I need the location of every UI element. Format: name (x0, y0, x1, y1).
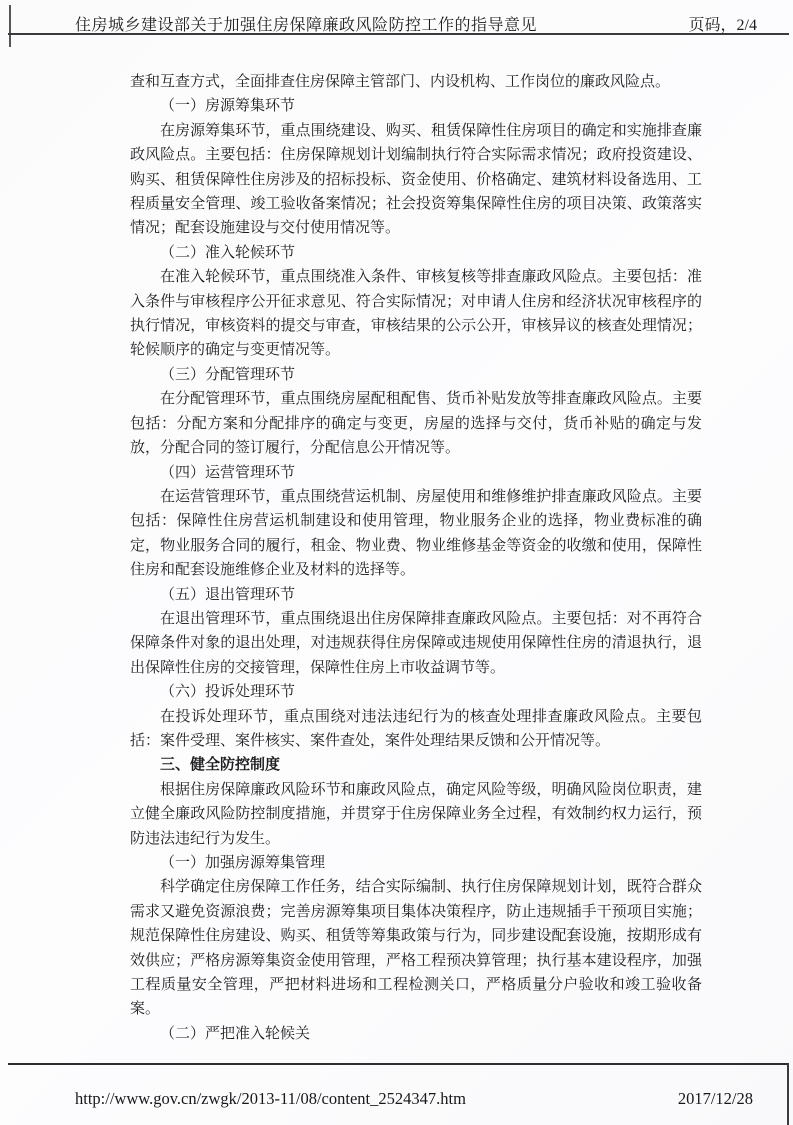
body-paragraph: 在运营管理环节，重点围绕营运机制、房屋使用和维修维护排查廉政风险点。主要包括：保… (130, 485, 702, 583)
section-heading: （三）分配管理环节 (130, 363, 702, 387)
body-paragraph: 根据住房保障廉政风险环节和廉政风险点，确定风险等级，明确风险岗位职责，建立健全廉… (130, 778, 702, 851)
page-header: 住房城乡建设部关于加强住房保障廉政风险防控工作的指导意见 页码，2/4 (75, 12, 757, 35)
section-heading: （二）准入轮候环节 (130, 241, 702, 265)
body-paragraph: 在房源筹集环节，重点围绕建设、购买、租赁保障性住房项目的确定和实施排查廉政风险点… (130, 119, 702, 241)
footer-rule (8, 1063, 789, 1065)
document-title: 住房城乡建设部关于加强住房保障廉政风险防控工作的指导意见 (75, 12, 537, 35)
body-paragraph: 在退出管理环节，重点围绕退出住房保障排查廉政风险点。主要包括：对不再符合保障条件… (130, 607, 702, 680)
section-heading: （一）房源筹集环节 (130, 94, 702, 118)
chapter-heading: 三、健全防控制度 (130, 753, 702, 777)
body-paragraph: 在投诉处理环节，重点围绕对违法违纪行为的核查处理排查廉政风险点。主要包括：案件受… (130, 705, 702, 754)
section-heading: （一）加强房源筹集管理 (130, 851, 702, 875)
scan-edge-mark-bottom-right (787, 1063, 789, 1125)
source-url: http://www.gov.cn/zwgk/2013-11/08/conten… (75, 1089, 466, 1109)
print-date: 2017/12/28 (678, 1089, 753, 1109)
scan-edge-mark-top-left (9, 5, 11, 47)
header-rule (8, 33, 789, 35)
page-number: 页码，2/4 (689, 12, 757, 35)
scanned-document-page: 住房城乡建设部关于加强住房保障廉政风险防控工作的指导意见 页码，2/4 查和互查… (0, 0, 793, 1125)
section-heading: （二）严把准入轮候关 (130, 1022, 702, 1046)
body-paragraph: 在分配管理环节，重点围绕房屋配租配售、货币补贴发放等排查廉政风险点。主要包括：分… (130, 387, 702, 460)
page-footer: http://www.gov.cn/zwgk/2013-11/08/conten… (75, 1089, 753, 1109)
body-paragraph: 科学确定住房保障工作任务，结合实际编制、执行住房保障规划计划，既符合群众需求又避… (130, 875, 702, 1021)
section-heading: （四）运营管理环节 (130, 461, 702, 485)
body-paragraph: 在准入轮候环节，重点围绕准入条件、审核复核等排查廉政风险点。主要包括：准入条件与… (130, 265, 702, 363)
section-heading: （五）退出管理环节 (130, 583, 702, 607)
section-heading: （六）投诉处理环节 (130, 680, 702, 704)
document-body: 查和互查方式，全面排查住房保障主管部门、内设机构、工作岗位的廉政风险点。（一）房… (130, 70, 702, 1046)
continuation-paragraph: 查和互查方式，全面排查住房保障主管部门、内设机构、工作岗位的廉政风险点。 (130, 70, 702, 94)
